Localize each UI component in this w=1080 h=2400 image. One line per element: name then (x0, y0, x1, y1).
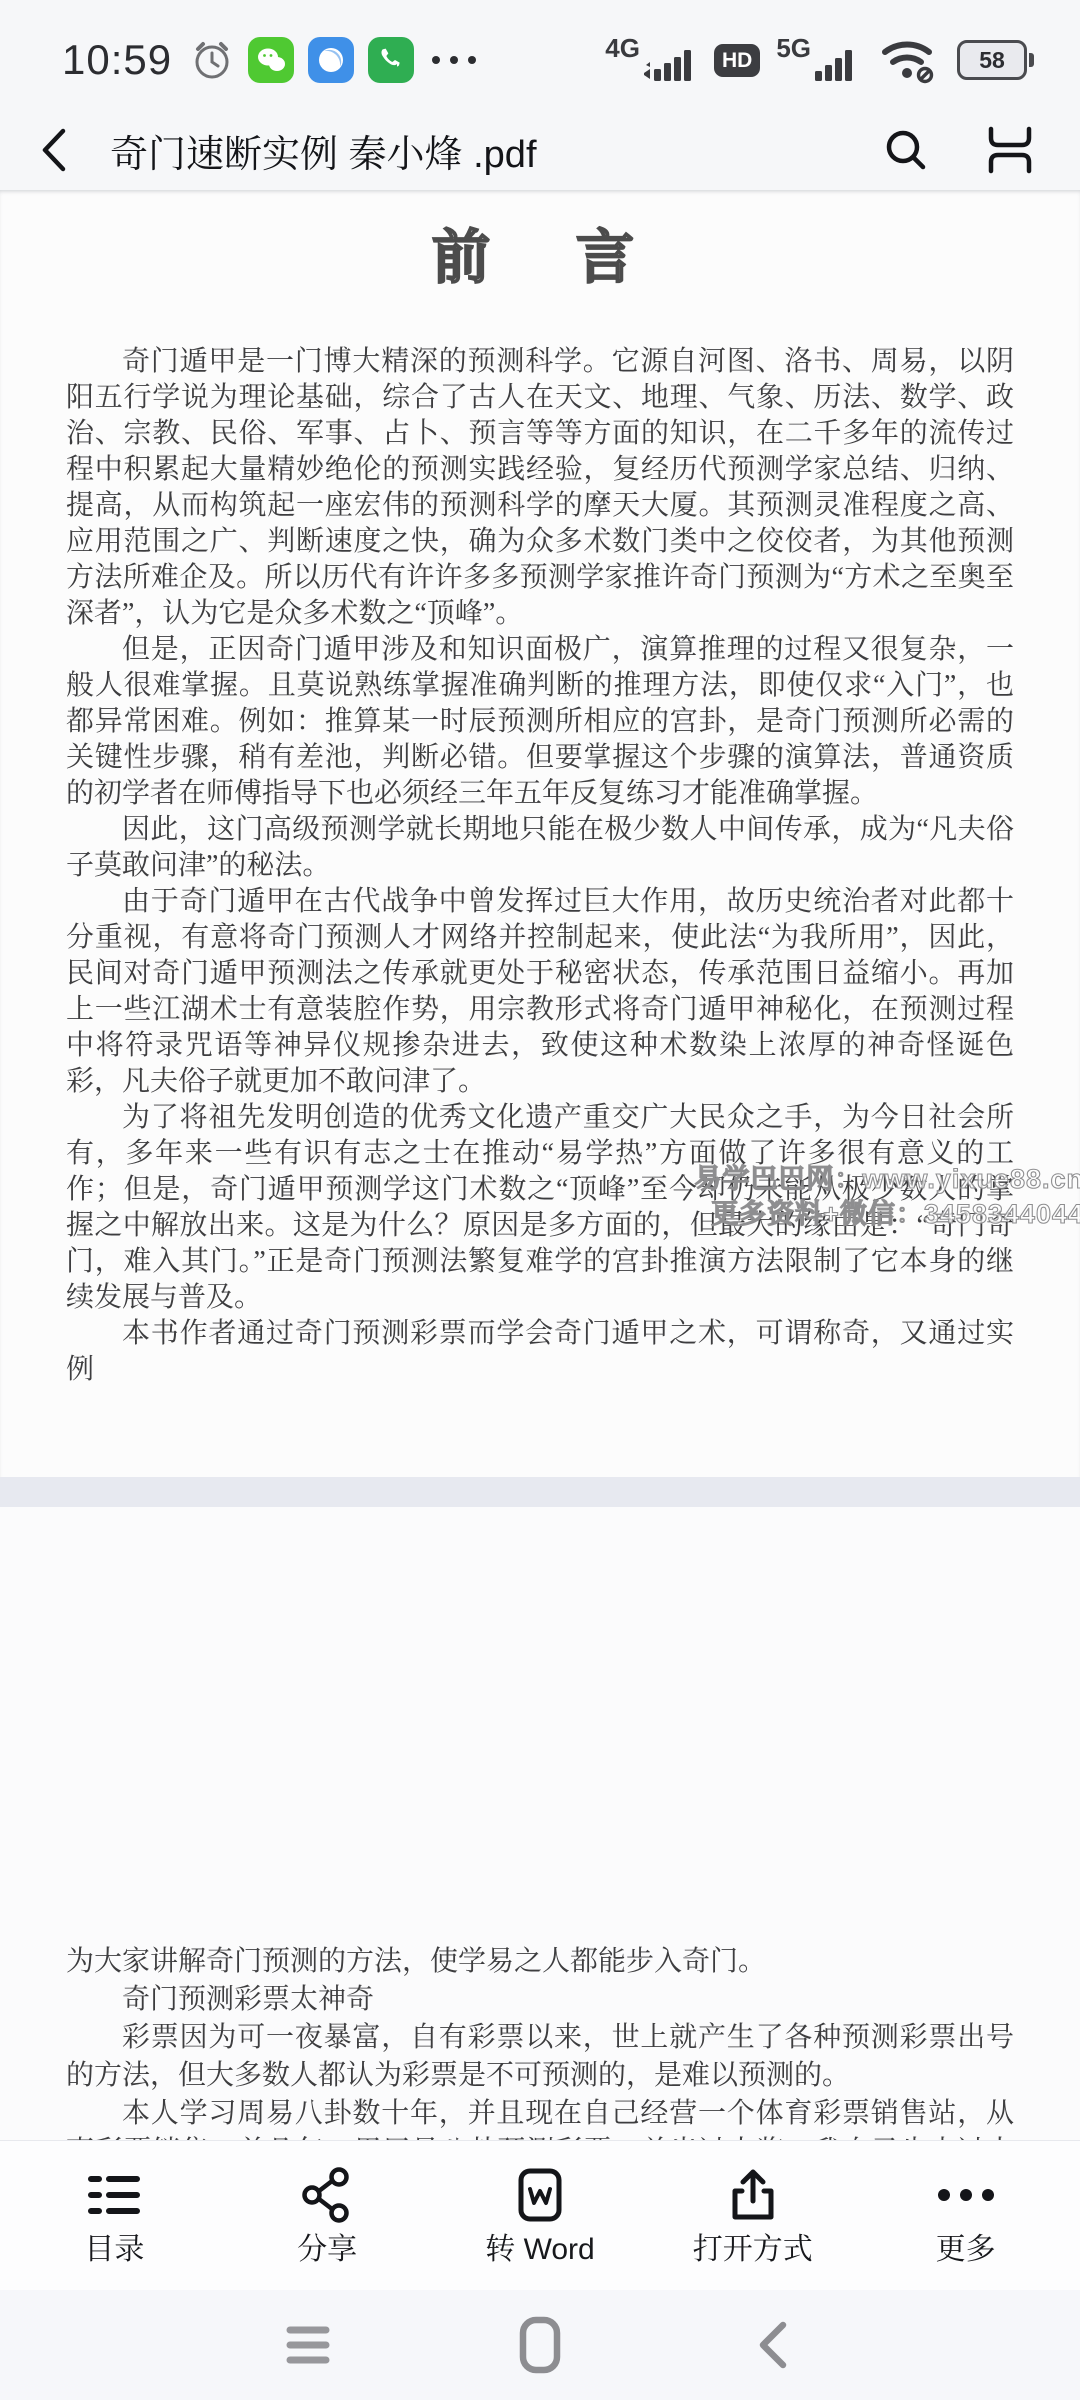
doc-paragraph: 本人学习周易八卦数十年，并且现在自己经营一个体育彩票销售站，从事彩票销售。前几年… (66, 2095, 1014, 2140)
doc-paragraph: 由于奇门遁甲在古代战争中曾发挥过巨大作用，故历史统治者对此都十分重视，有意将奇门… (66, 884, 1014, 1100)
messages-notification-icon (308, 37, 354, 83)
wechat-notification-icon (248, 37, 294, 83)
bottom-toolbar: 目录 分享 转 Word 打开方式 (0, 2140, 1080, 2290)
word-convert-icon (514, 2167, 566, 2223)
pdf-page-2: 为大家讲解奇门预测的方法，使学易之人都能步入奇门。 奇门预测彩票太神奇 彩票因为… (0, 1507, 1080, 2140)
doc-paragraph: 因此，这门高级预测学就长期地只能在极少数人中间传承，成为“凡夫俗子莫敢问津”的秘… (66, 812, 1014, 884)
signal-4g-icon: 4G (605, 35, 698, 85)
watermark: 易学巴巴网：www.yixue88.cn 更多资料+微信：3458344044 (694, 1162, 1080, 1232)
view-mode-icon[interactable] (984, 124, 1036, 176)
doc-paragraph: 彩票因为可一夜暴富，自有彩票以来，世上就产生了各种预测彩票出号的方法，但大多数人… (66, 2019, 1014, 2095)
more-notifications-icon (428, 52, 480, 68)
status-bar: 10:59 (0, 0, 1080, 110)
clock-time: 10:59 (62, 36, 172, 84)
doc-paragraph: 但是，正因奇门遁甲涉及和知识面极广，演算推理的过程又很复杂，一般人很难掌握。且莫… (66, 632, 1014, 812)
doc-paragraph: 本书作者通过奇门预测彩票而学会奇门遁甲之术，可谓称奇，又通过实例 (66, 1316, 1014, 1388)
android-navbar (0, 2290, 1080, 2400)
doc-paragraph: 为大家讲解奇门预测的方法，使学易之人都能步入奇门。 (66, 1943, 1014, 1981)
alarm-clock-icon (190, 38, 234, 82)
hd-voice-badge: HD (714, 44, 760, 77)
toc-list-icon (87, 2167, 141, 2223)
home-icon[interactable] (510, 2315, 570, 2375)
doc-heading-preface: 前 言 (66, 210, 1014, 294)
more-icon (934, 2167, 998, 2223)
pdf-viewer[interactable]: 前 言 奇门遁甲是一门博大精深的预测科学。它源自河图、洛书、周易，以阴阳五行学说… (0, 190, 1080, 2140)
battery-indicator: 58 (957, 40, 1034, 80)
doc-paragraph: 奇门遁甲是一门博大精深的预测科学。它源自河图、洛书、周易，以阴阳五行学说为理论基… (66, 344, 1014, 632)
recents-menu-icon[interactable] (278, 2315, 338, 2375)
signal-5g-icon: 5G (776, 35, 863, 85)
more-button[interactable]: 更多 (866, 2167, 1066, 2265)
page-separator (0, 1477, 1080, 1507)
back-icon[interactable] (36, 124, 84, 176)
share-button[interactable]: 分享 (227, 2167, 427, 2265)
open-with-icon (725, 2167, 781, 2223)
toc-button[interactable]: 目录 (14, 2167, 214, 2265)
app-header: 奇门速断实例 秦小烽 .pdf (0, 110, 1080, 190)
search-icon[interactable] (880, 124, 932, 176)
share-icon (301, 2167, 353, 2223)
wifi-icon (879, 34, 941, 86)
doc-subheading: 奇门预测彩票太神奇 (66, 1981, 1014, 2019)
document-title: 奇门速断实例 秦小烽 .pdf (110, 123, 537, 178)
phone-notification-icon (368, 37, 414, 83)
open-with-button[interactable]: 打开方式 (653, 2167, 853, 2265)
convert-word-button[interactable]: 转 Word (440, 2167, 640, 2265)
back-nav-icon[interactable] (742, 2315, 802, 2375)
pdf-page-1: 前 言 奇门遁甲是一门博大精深的预测科学。它源自河图、洛书、周易，以阴阳五行学说… (0, 190, 1080, 1477)
